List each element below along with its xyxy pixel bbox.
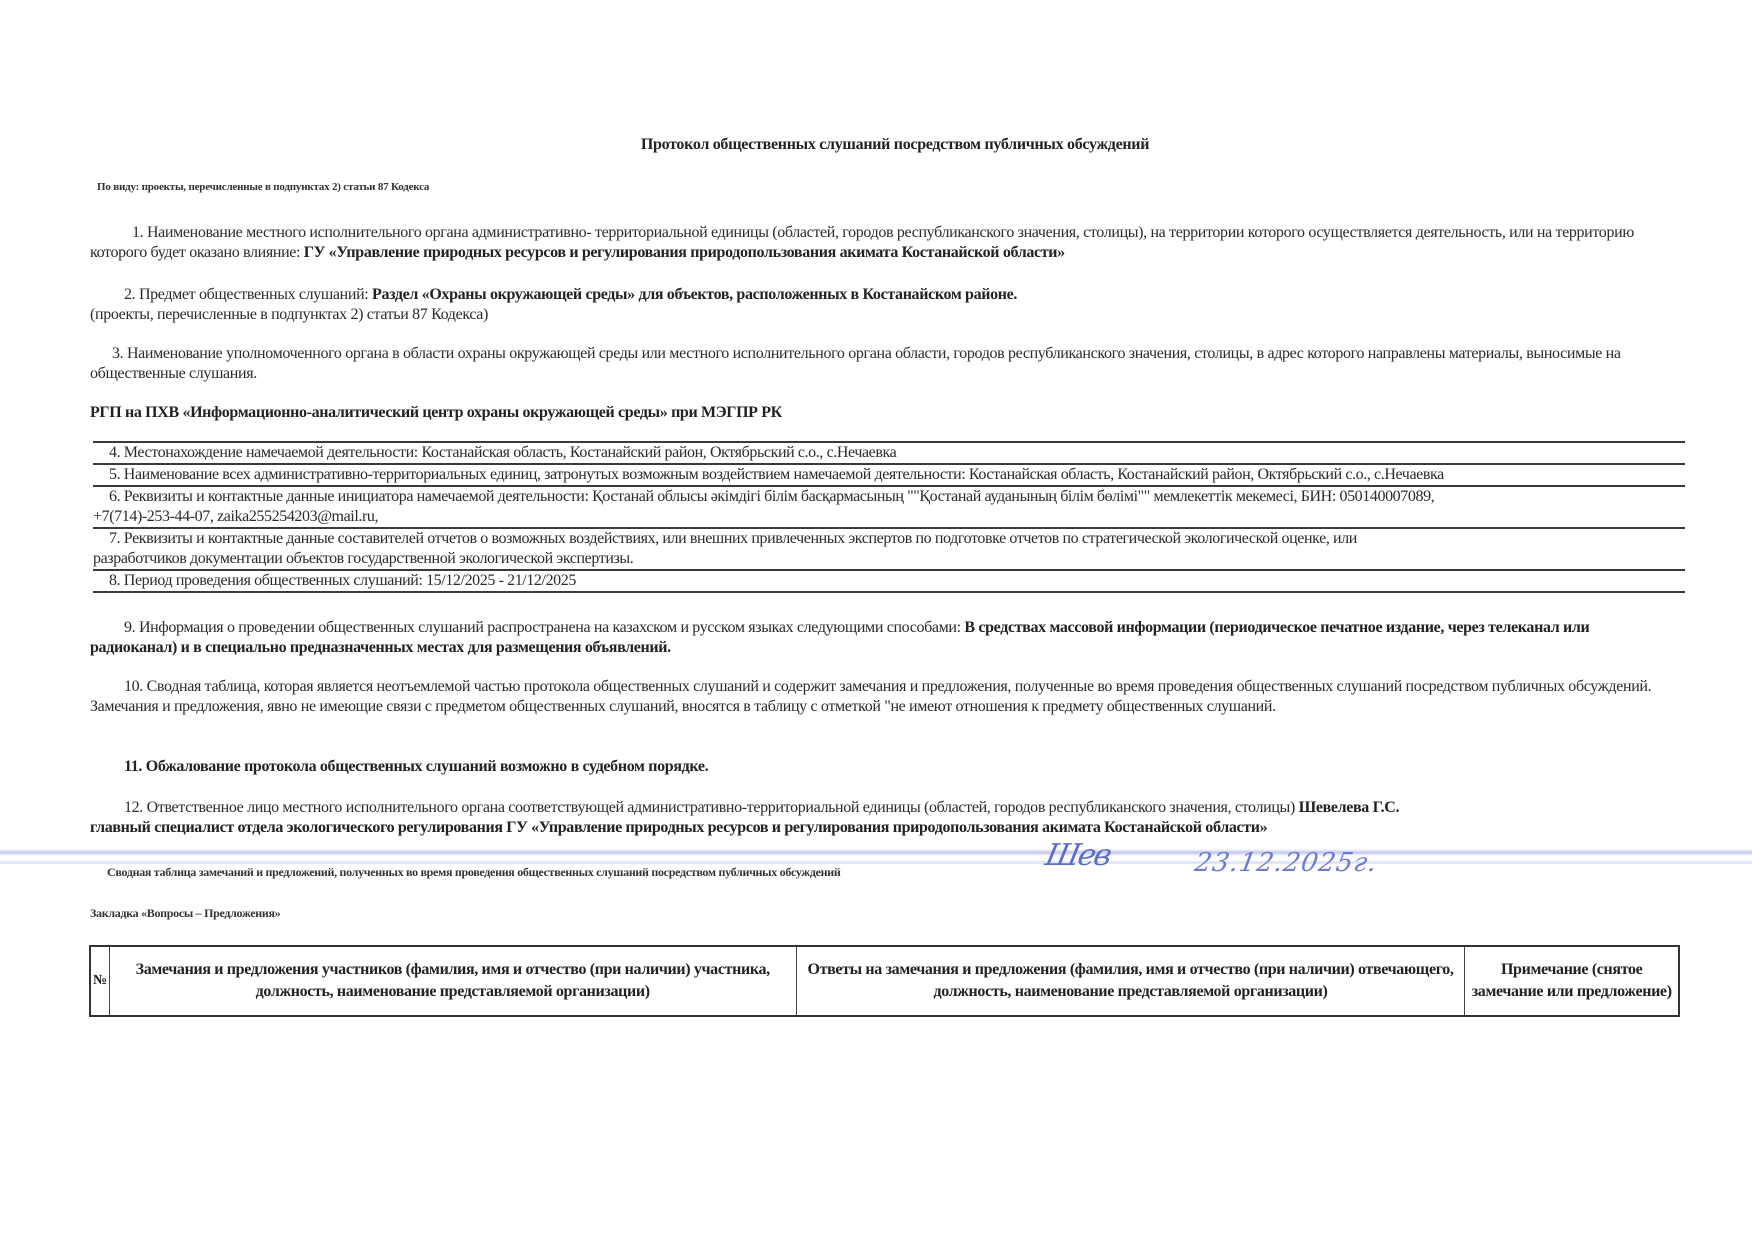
details-rows: 4. Местонахождение намечаемой деятельнос… bbox=[93, 441, 1685, 593]
item-6: 6. Реквизиты и контактные данные инициат… bbox=[93, 485, 1685, 527]
item-7-line2: разработчиков документации объектов госу… bbox=[93, 549, 1685, 569]
summary-table-caption: Сводная таблица замечаний и предложений,… bbox=[107, 865, 840, 880]
summary-table-header-row: № Замечания и предложения участников (фа… bbox=[90, 946, 1679, 1016]
item-11: 11. Обжалование протокола общественных с… bbox=[90, 757, 1670, 777]
item-2-bold: Раздел «Охраны окружающей среды» для объ… bbox=[372, 286, 1017, 303]
item-12-text: 12. Ответственное лицо местного исполнит… bbox=[124, 799, 1299, 816]
summary-table: № Замечания и предложения участников (фа… bbox=[89, 945, 1680, 1017]
item-6-contacts: +7(714)-253-44-07, zaika255254203@mail.r… bbox=[93, 507, 1685, 527]
item-9-text: 9. Информация о проведении общественных … bbox=[124, 619, 964, 636]
responsible-position: главный специалист отдела экологического… bbox=[90, 818, 1670, 838]
handwritten-signature: Шев bbox=[1042, 838, 1113, 873]
header-comments: Замечания и предложения участников (фами… bbox=[109, 946, 796, 1016]
header-answers: Ответы на замечания и предложения (фамил… bbox=[796, 946, 1465, 1016]
item-3: 3. Наименование уполномоченного органа в… bbox=[90, 344, 1670, 384]
item-1-bold: ГУ «Управление природных ресурсов и регу… bbox=[304, 244, 1065, 261]
item-7-line1: 7. Реквизиты и контактные данные состави… bbox=[109, 529, 1685, 549]
item-2: 2. Предмет общественных слушаний: Раздел… bbox=[90, 285, 1670, 325]
scan-artifact-line-faint bbox=[0, 861, 1752, 864]
header-number: № bbox=[90, 946, 109, 1016]
scan-artifact-line bbox=[0, 849, 1752, 856]
item-2-text: 2. Предмет общественных слушаний: bbox=[124, 286, 372, 303]
item-6-line1: 6. Реквизиты и контактные данные инициат… bbox=[109, 487, 1685, 507]
item-3-organization: РГП на ПХВ «Информационно-аналитический … bbox=[90, 403, 1670, 423]
item-1: 1. Наименование местного исполнительного… bbox=[90, 223, 1670, 263]
header-note: Примечание (снятое замечание или предлож… bbox=[1465, 946, 1679, 1016]
document-title: Протокол общественных слушаний посредств… bbox=[0, 136, 1752, 154]
item-12: 12. Ответственное лицо местного исполнит… bbox=[90, 798, 1670, 838]
item-10: 10. Сводная таблица, которая является не… bbox=[90, 677, 1670, 717]
item-9: 9. Информация о проведении общественных … bbox=[90, 618, 1670, 658]
responsible-person: Шевелева Г.С. bbox=[1299, 799, 1400, 816]
handwritten-date: 23.12.2025г. bbox=[1192, 848, 1380, 878]
item-8: 8. Период проведения общественных слушан… bbox=[93, 569, 1685, 593]
item-7: 7. Реквизиты и контактные данные состави… bbox=[93, 527, 1685, 569]
item-4: 4. Местонахождение намечаемой деятельнос… bbox=[93, 441, 1685, 463]
item-2-note: (проекты, перечисленные в подпунктах 2) … bbox=[90, 305, 1670, 325]
item-5: 5. Наименование всех административно-тер… bbox=[93, 463, 1685, 485]
tab-caption: Закладка «Вопросы – Предложения» bbox=[90, 906, 280, 921]
document-subtitle: По виду: проекты, перечисленные в подпун… bbox=[97, 181, 429, 193]
